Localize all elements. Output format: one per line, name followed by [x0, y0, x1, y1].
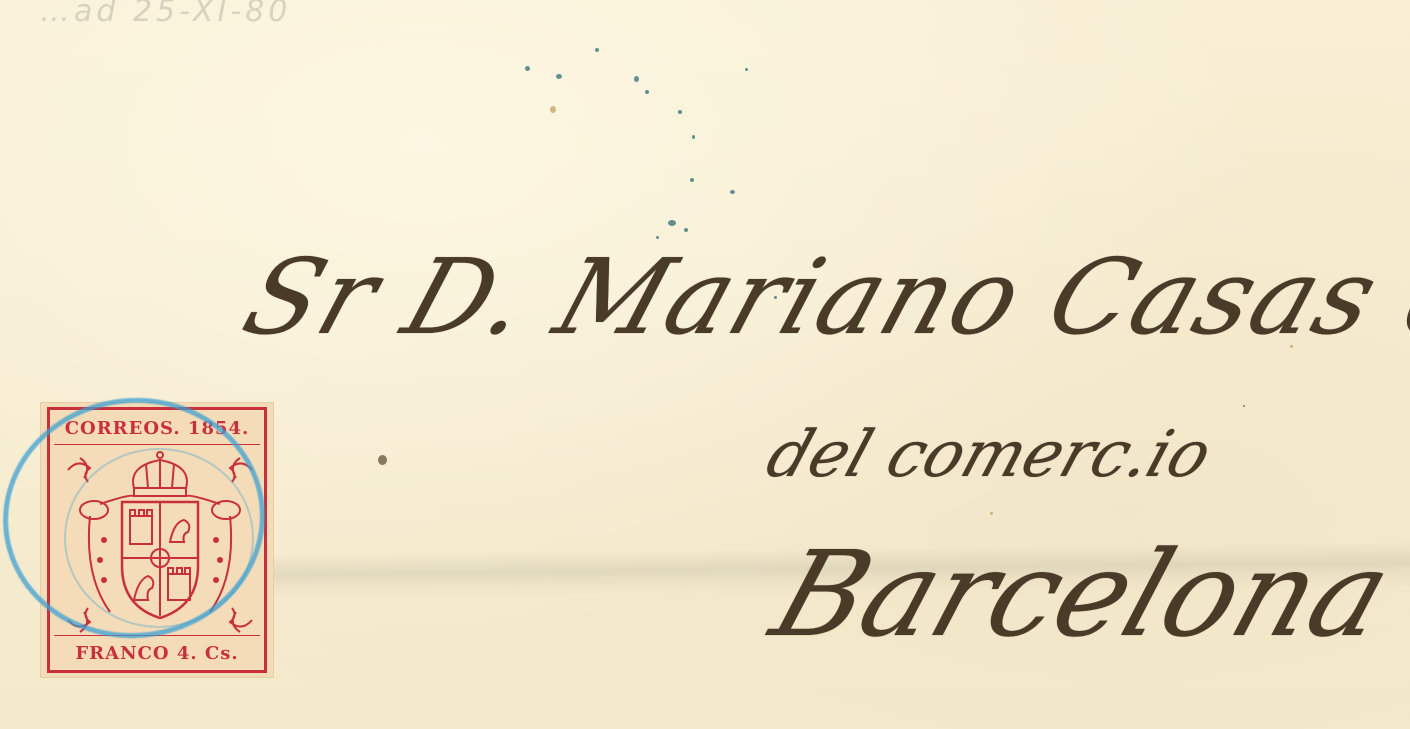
address-line-business: del comerc.io — [758, 418, 1220, 492]
pencil-annotation: …ad 25-XI-80 — [40, 0, 291, 29]
stamp-bottom-text: FRANCO 4. Cs. — [50, 643, 264, 664]
address-line-recipient: Sr D. Mariano Casas é hijo — [230, 236, 1410, 358]
address-line-city: Barcelona — [758, 525, 1407, 663]
postmark-inner-ring — [64, 448, 254, 628]
